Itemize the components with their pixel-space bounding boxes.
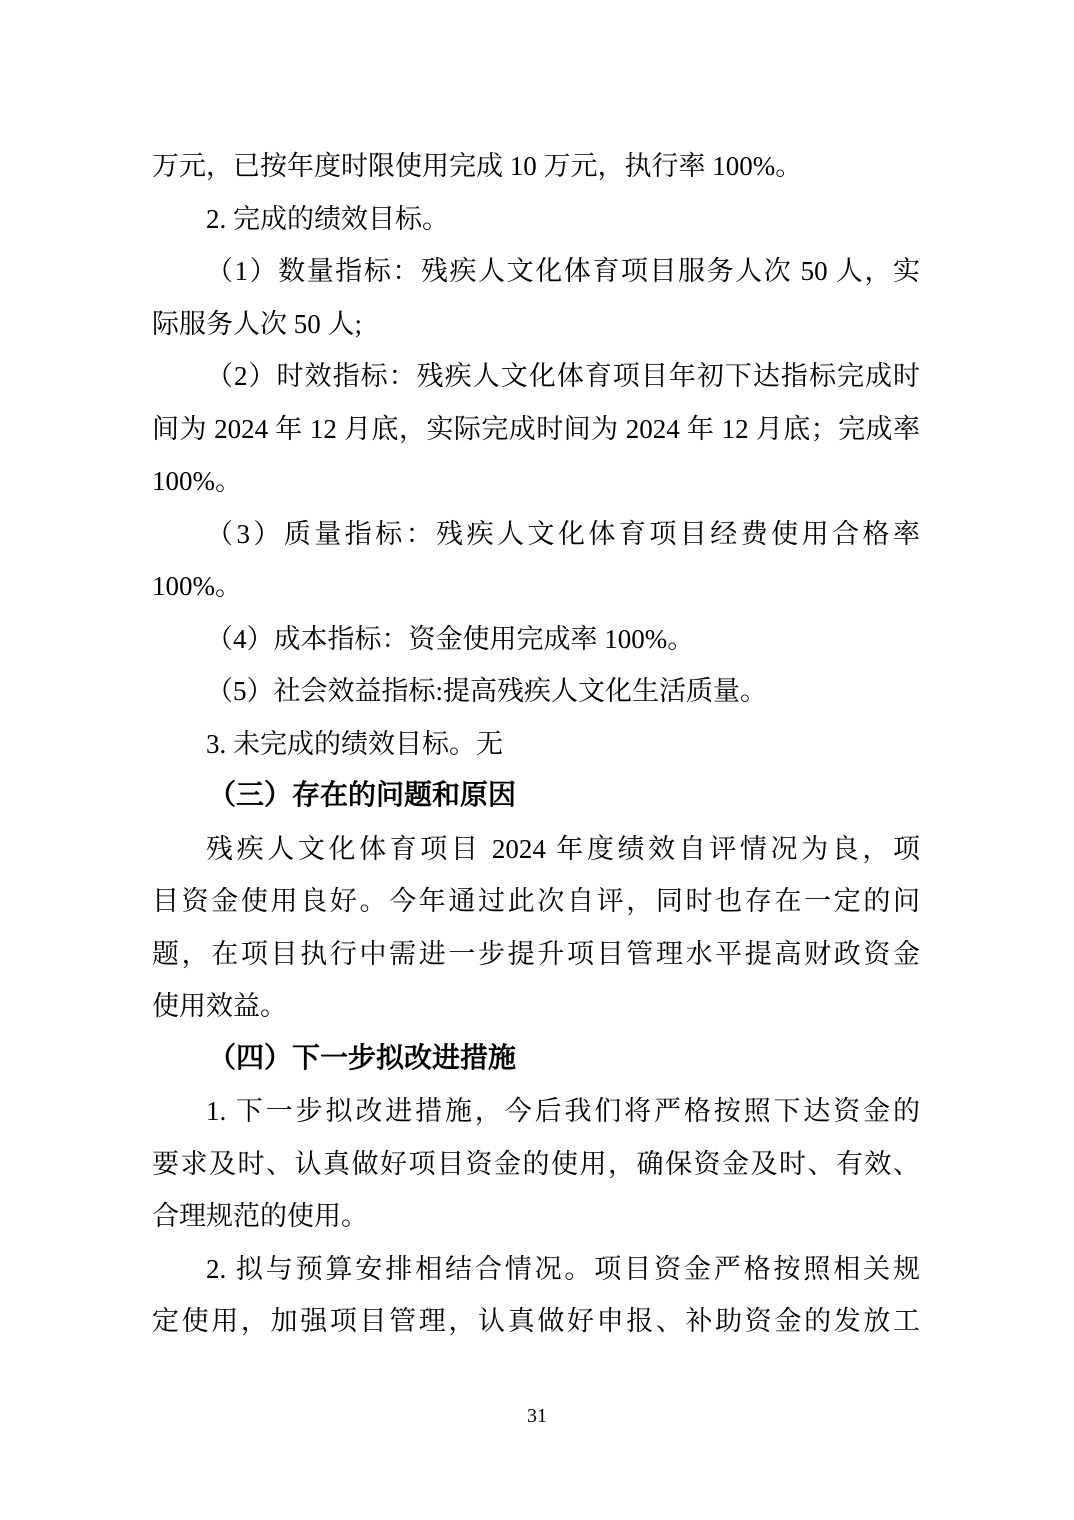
text-line: 1. 下一步拟改进措施，今后我们将严格按照下达资金的 — [152, 1085, 920, 1138]
text-line: 合理规范的使用。 — [152, 1190, 920, 1243]
text-line: 2. 拟与预算安排相结合情况。项目资金严格按照相关规 — [152, 1243, 920, 1296]
text-line: 目资金使用良好。今年通过此次自评，同时也存在一定的问 — [152, 875, 920, 928]
text-line: 定使用，加强项目管理，认真做好申报、补助资金的发放工 — [152, 1295, 920, 1348]
document-page: 万元，已按年度时限使用完成 10 万元，执行率 100%。 2. 完成的绩效目标… — [0, 0, 1074, 1520]
text-line: （2）时效指标：残疾人文化体育项目年初下达指标完成时 — [152, 350, 920, 403]
section-heading-improvements: （四）下一步拟改进措施 — [152, 1033, 920, 1086]
text-line: 2. 完成的绩效目标。 — [152, 193, 920, 246]
page-number: 31 — [0, 1405, 1074, 1428]
text-line: 残疾人文化体育项目 2024 年度绩效自评情况为良，项 — [152, 823, 920, 876]
text-line: （3）质量指标：残疾人文化体育项目经费使用合格率 — [152, 508, 920, 561]
text-line: （4）成本指标：资金使用完成率 100%。 — [152, 613, 920, 666]
text-line: （1）数量指标：残疾人文化体育项目服务人次 50 人，实 — [152, 245, 920, 298]
text-line: 际服务人次 50 人; — [152, 298, 920, 351]
text-line: 题，在项目执行中需进一步提升项目管理水平提高财政资金 — [152, 928, 920, 981]
text-line: 3. 未完成的绩效目标。无 — [152, 718, 920, 771]
text-line: 使用效益。 — [152, 980, 920, 1033]
text-line: （5）社会效益指标:提高残疾人文化生活质量。 — [152, 665, 920, 718]
text-line: 万元，已按年度时限使用完成 10 万元，执行率 100%。 — [152, 140, 920, 193]
document-body: 万元，已按年度时限使用完成 10 万元，执行率 100%。 2. 完成的绩效目标… — [152, 140, 920, 1348]
text-line: 要求及时、认真做好项目资金的使用，确保资金及时、有效、 — [152, 1138, 920, 1191]
section-heading-problems: （三）存在的问题和原因 — [152, 770, 920, 823]
text-line: 间为 2024 年 12 月底，实际完成时间为 2024 年 12 月底；完成率 — [152, 403, 920, 456]
text-line: 100%。 — [152, 560, 920, 613]
text-line: 100%。 — [152, 455, 920, 508]
